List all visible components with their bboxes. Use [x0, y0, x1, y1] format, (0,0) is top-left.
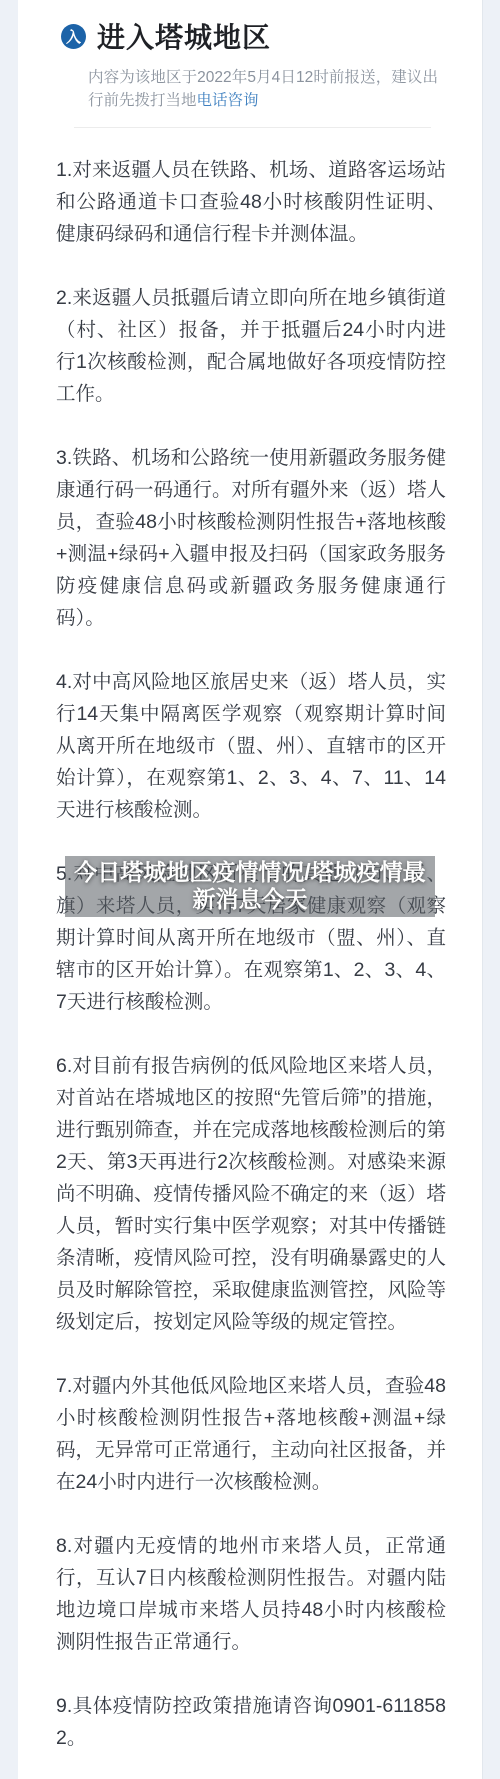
enter-circle-icon: 入: [61, 24, 86, 49]
policy-item-4: 4.对中高风险地区旅居史来（返）塔人员，实行14天集中隔离医学观察（观察期计算时…: [56, 666, 446, 826]
page: { "header": { "icon_glyph": "入", "title"…: [0, 0, 500, 1779]
subtitle-text: 内容为该地区于2022年5月4日12时前报送，建议出行前先拨打当地: [88, 69, 438, 109]
watermark-line-2: 新消息今天: [65, 886, 435, 913]
policy-item-9: 9.具体疫情防控政策措施请咨询0901-6118582。: [56, 1690, 446, 1754]
watermark-line-1: 今日塔城地区疫情情况/塔城疫情最: [65, 859, 435, 886]
policy-item-7: 7.对疆内外其他低风险地区来塔人员，查验48小时核酸检测阴性报告+落地核酸+测温…: [56, 1370, 446, 1498]
watermark-overlay: 今日塔城地区疫情情况/塔城疫情最 新消息今天: [65, 856, 435, 917]
policy-list: 1.对来返疆人员在铁路、机场、道路客运场站和公路通道卡口查验48小时核酸阴性证明…: [18, 128, 482, 1754]
policy-item-1: 1.对来返疆人员在铁路、机场、道路客运场站和公路通道卡口查验48小时核酸阴性证明…: [56, 154, 446, 250]
page-title: 进入塔城地区: [97, 16, 271, 56]
report-time-subtitle: 内容为该地区于2022年5月4日12时前报送，建议出行前先拨打当地电话咨询: [88, 66, 438, 112]
page-header: 入 进入塔城地区 内容为该地区于2022年5月4日12时前报送，建议出行前先拨打…: [18, 0, 482, 128]
title-row: 入 进入塔城地区: [45, 16, 458, 56]
policy-item-2: 2.来返疆人员抵疆后请立即向所在地乡镇街道（村、社区）报备，并于抵疆后24小时内…: [56, 282, 446, 410]
phone-consult-link[interactable]: 电话咨询: [197, 92, 259, 109]
policy-item-8: 8.对疆内无疫情的地州市来塔人员，正常通行，互认7日内核酸检测阴性报告。对疆内陆…: [56, 1530, 446, 1658]
policy-item-6: 6.对目前有报告病例的低风险地区来塔人员，对首站在塔城地区的按照“先管后筛”的措…: [56, 1050, 446, 1338]
policy-item-3: 3.铁路、机场和公路统一使用新疆政务服务健康通行码一码通行。对所有疆外来（返）塔…: [56, 442, 446, 634]
